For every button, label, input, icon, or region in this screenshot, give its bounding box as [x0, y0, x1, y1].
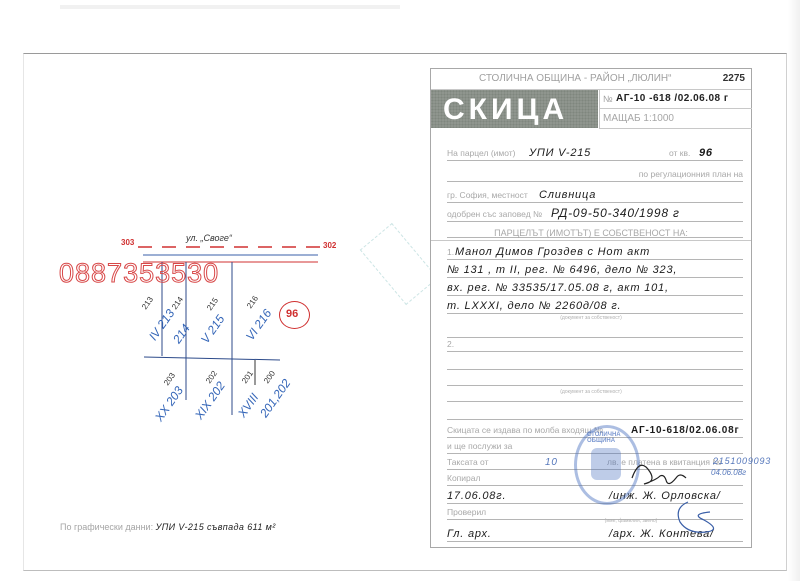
signatures [0, 0, 800, 581]
